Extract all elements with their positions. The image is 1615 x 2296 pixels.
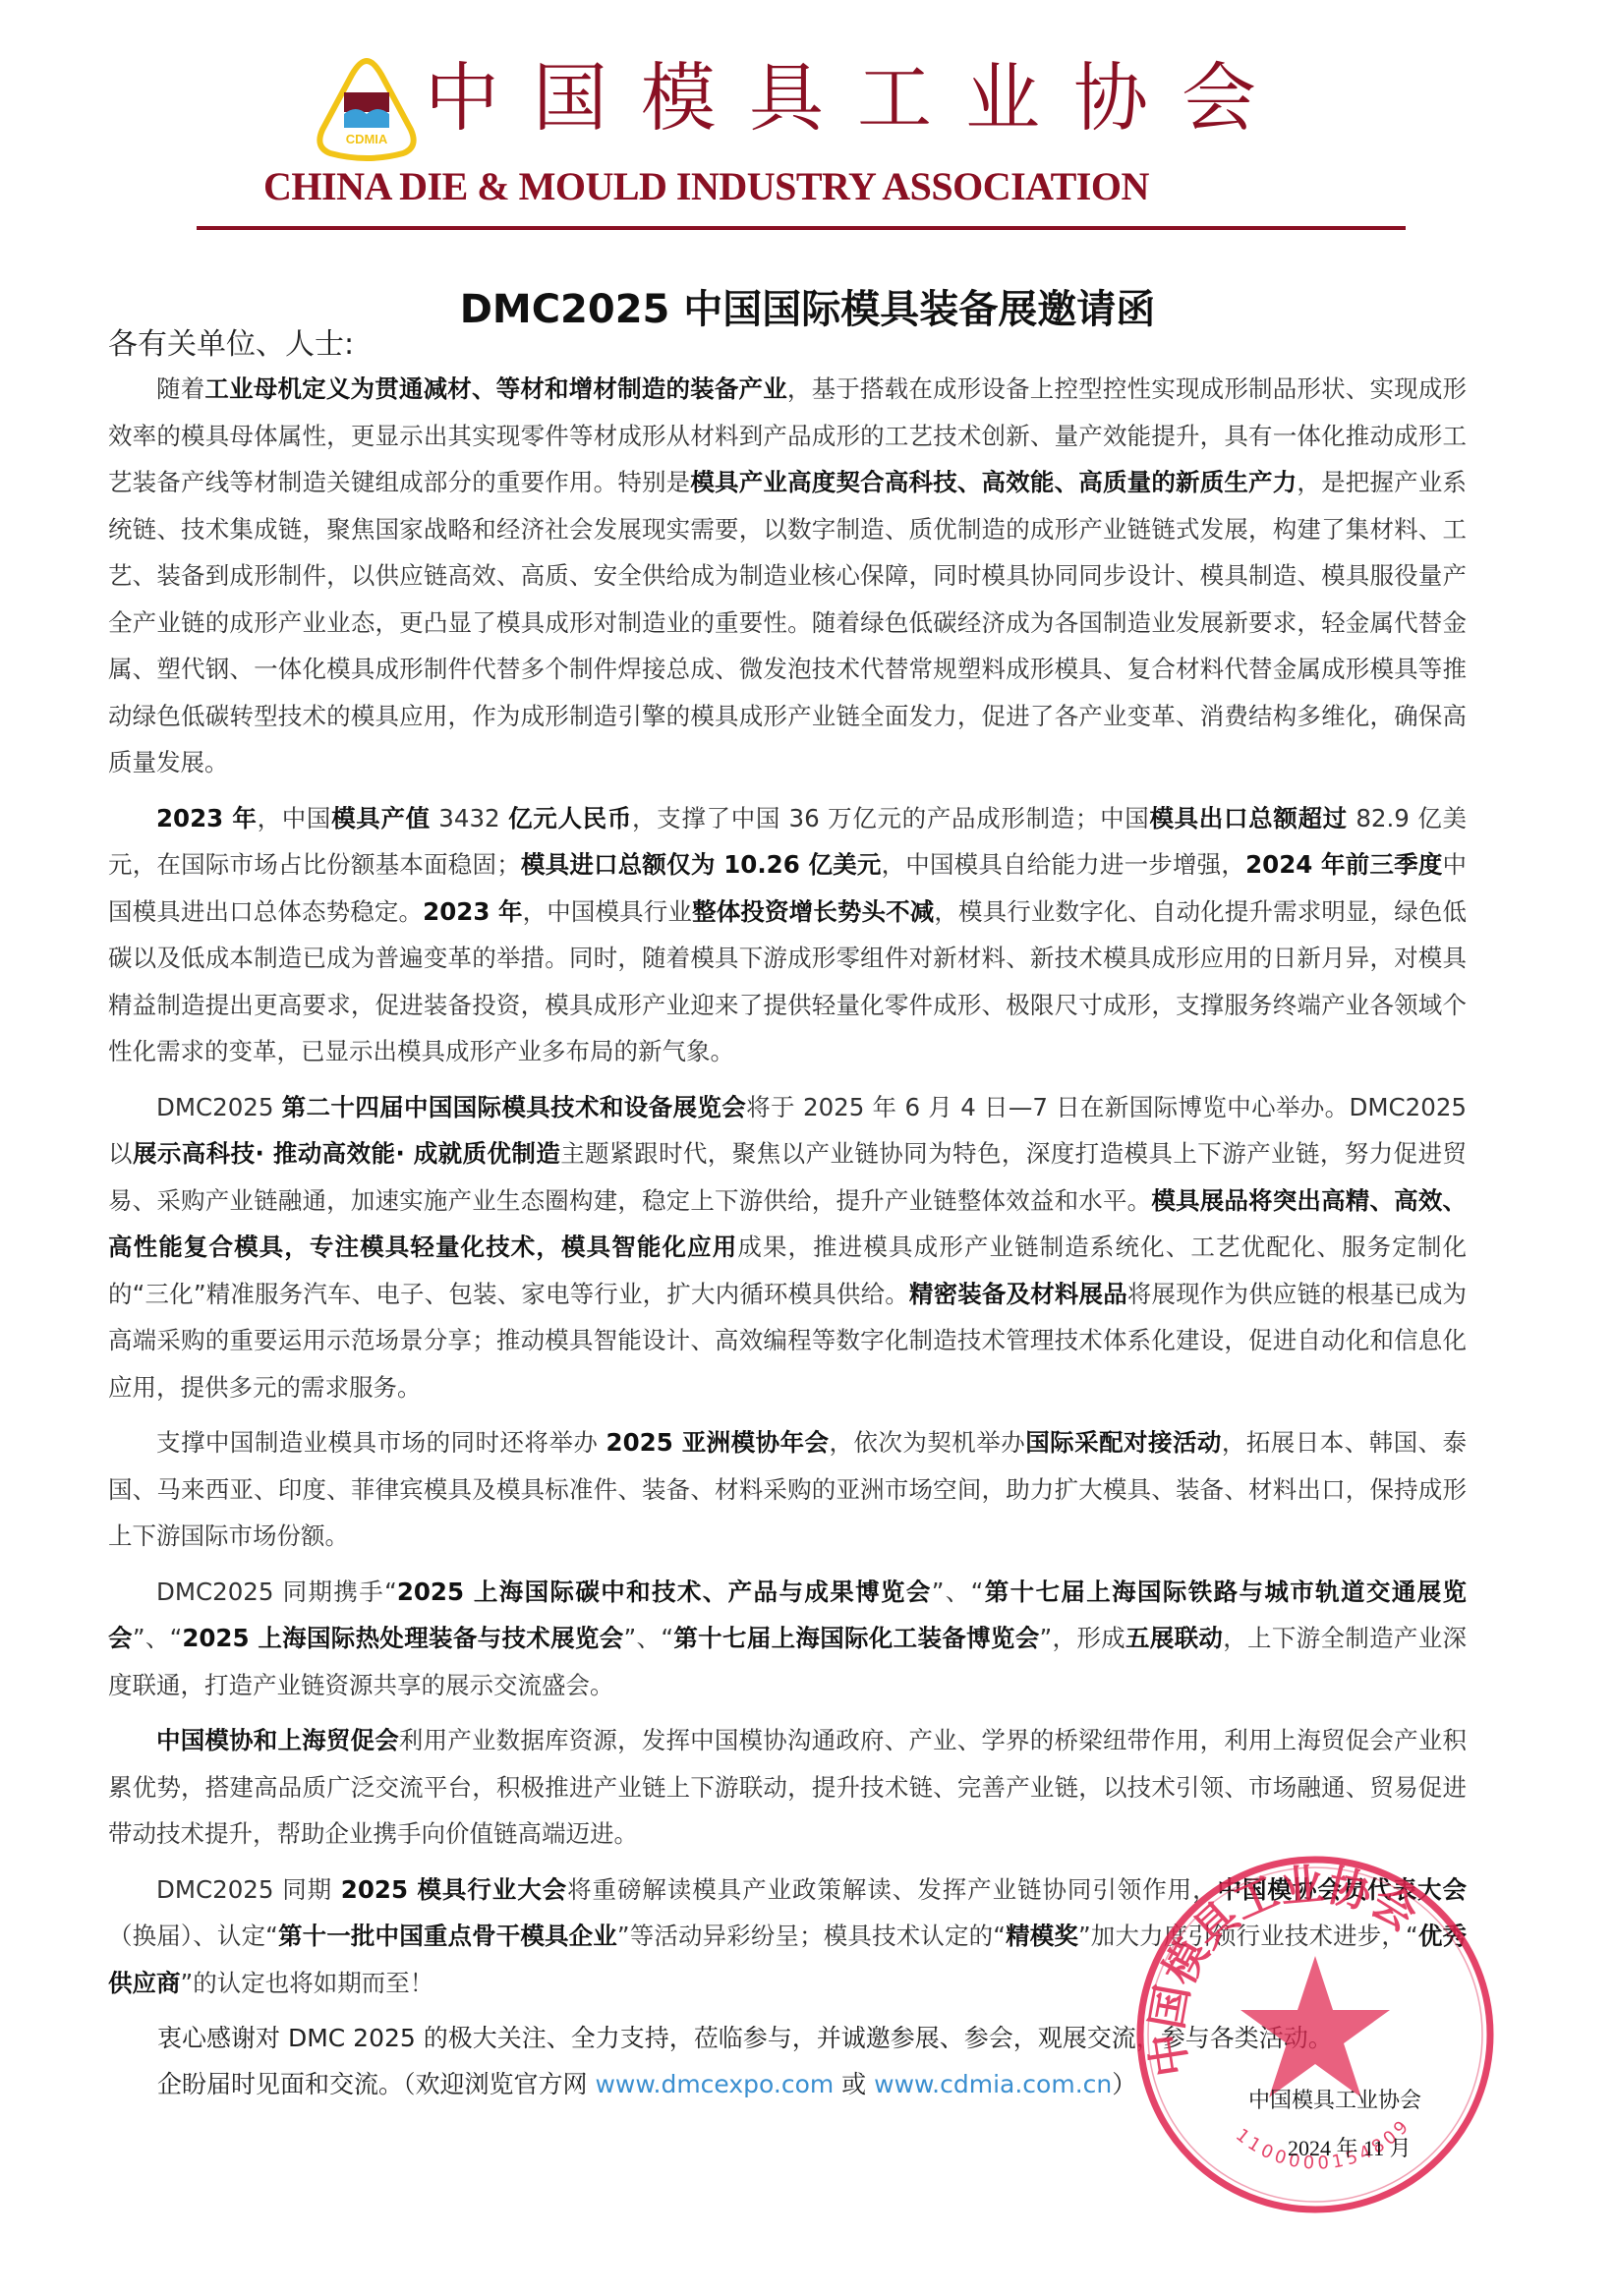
link-dmcexpo[interactable]: www.dmcexpo.com: [595, 2070, 834, 2098]
emphasized-text: 精模奖: [1006, 1922, 1078, 1950]
text-run: ”加大力度引领行业技术进步，“: [1078, 1922, 1418, 1950]
paragraph: DMC2025 同期携手“2025 上海国际碳中和技术、产品与成果博览会”、“第…: [108, 1569, 1467, 1709]
org-name-chinese: 中国模具工业协会: [425, 61, 1290, 136]
text-run: ”的认定也将如期而至！: [181, 1969, 434, 1997]
invite-suffix: ）: [1112, 2070, 1136, 2098]
text-run: ”，形成: [1040, 1624, 1125, 1652]
paragraph: 中国模协和上海贸促会利用产业数据库资源，发挥中国模协沟通政府、产业、学界的桥梁纽…: [108, 1717, 1467, 1858]
invite-or: 或: [834, 2070, 874, 2098]
signature-date: 2024 年 11 月: [1288, 2132, 1421, 2162]
emphasized-text: 2023 年: [156, 804, 258, 832]
paragraph: 支撑中国制造业模具市场的同时还将举办 2025 亚洲模协年会，依次为契机举办国际…: [108, 1419, 1467, 1560]
text-run: ”、“: [624, 1624, 674, 1652]
signature-org: 中国模具工业协会: [1248, 2084, 1421, 2114]
emphasized-text: 第二十四届中国国际模具技术和设备展览会: [282, 1093, 746, 1121]
letterhead: CDMIA 中国模具工业协会 CHINA DIE & MOULD INDUSTR…: [0, 0, 1615, 231]
emphasized-text: 亿元人民币: [508, 804, 632, 832]
emphasized-text: 第十一批中国重点骨干模具企业: [278, 1922, 617, 1950]
emphasized-text: 模具出口总额超过: [1149, 804, 1347, 832]
org-name-english: CHINA DIE & MOULD INDUSTRY ASSOCIATION: [263, 163, 1246, 209]
emphasized-text: 模具产值: [331, 804, 431, 832]
text-run: （换届）、认定“: [108, 1922, 278, 1950]
emphasized-text: 中国模协会员代表大会: [1218, 1875, 1467, 1904]
text-run: ，中国模具行业: [523, 897, 692, 926]
emphasized-text: 精密装备及材料展品: [909, 1280, 1127, 1308]
paragraph: 随着工业母机定义为贯通减材、等材和增材制造的装备产业，基于搭载在成形设备上控型控…: [108, 366, 1467, 786]
link-cdmia[interactable]: www.cdmia.com.cn: [874, 2070, 1112, 2098]
emphasized-text: 展示高科技· 推动高效能· 成就质优制造: [133, 1139, 560, 1168]
header-divider: [197, 226, 1406, 230]
text-run: 随着: [156, 374, 204, 403]
text-run: ，是把握产业系统链、技术集成链，聚焦国家战略和经济社会发展现实需要，以数字制造、…: [108, 468, 1467, 776]
text-run: DMC2025 同期携手“: [156, 1578, 397, 1606]
emphasized-text: 模具进口总额仅为 10.26 亿美元: [521, 850, 882, 879]
paragraph: DMC2025 第二十四届中国国际模具技术和设备展览会将于 2025 年 6 月…: [108, 1084, 1467, 1411]
text-run: ，中国模具自给能力进一步增强，: [882, 850, 1246, 879]
paragraph: 2023 年，中国模具产值 3432 亿元人民币，支撑了中国 36 万亿元的产品…: [108, 795, 1467, 1075]
emphasized-text: 整体投资增长势头不减: [692, 897, 934, 926]
emphasized-text: 中国模协和上海贸促会: [156, 1726, 399, 1754]
salutation: 各有关单位、人士:: [108, 319, 354, 363]
text-run: ”、“: [133, 1624, 183, 1652]
letter-body: 随着工业母机定义为贯通减材、等材和增材制造的装备产业，基于搭载在成形设备上控型控…: [108, 366, 1467, 2107]
invite-prefix: 企盼届时见面和交流。（欢迎浏览官方网: [157, 2070, 595, 2098]
text-run: DMC2025: [156, 1093, 282, 1121]
text-run: ，支撑了中国 36 万亿元的产品成形制造；中国: [632, 804, 1149, 832]
emphasized-text: 模具产业高度契合高科技、高效能、高质量的新质生产力: [690, 468, 1297, 496]
emphasized-text: 第十七届上海国际化工装备博览会: [673, 1624, 1039, 1652]
text-run: 将重磅解读模具产业政策解读、发挥产业链协同引领作用，: [567, 1875, 1217, 1904]
text-run: ，中国: [258, 804, 332, 832]
paragraph: DMC2025 同期 2025 模具行业大会将重磅解读模具产业政策解读、发挥产业…: [108, 1866, 1467, 2007]
emphasized-text: 2024 年前三季度: [1245, 850, 1442, 879]
text-run: 支撑中国制造业模具市场的同时还将举办: [156, 1428, 606, 1457]
emphasized-text: 2023 年: [423, 897, 522, 926]
text-run: ”等活动异彩纷呈；模具技术认定的“: [617, 1922, 1006, 1950]
text-run: DMC2025 同期: [156, 1875, 341, 1904]
cdmia-logo-icon: CDMIA: [313, 57, 421, 163]
emphasized-text: 2025 亚洲模协年会: [606, 1428, 830, 1457]
signature-block: 中国模具工业协会 2024 年 11 月: [1248, 2084, 1421, 2162]
svg-text:CDMIA: CDMIA: [346, 132, 388, 146]
thanks-line: 衷心感谢对 DMC 2025 的极大关注、全力支持，莅临参与，并诚邀参展、参会，…: [108, 2015, 1467, 2061]
emphasized-text: 工业母机定义为贯通减材、等材和增材制造的装备产业: [204, 374, 787, 403]
emphasized-text: 2025 上海国际碳中和技术、产品与成果博览会: [397, 1578, 932, 1606]
text-run: 3432: [431, 804, 508, 832]
text-run: ”、“: [932, 1578, 984, 1606]
emphasized-text: 国际采配对接活动: [1025, 1428, 1222, 1457]
text-run: ，依次为契机举办: [830, 1428, 1026, 1457]
emphasized-text: 2025 模具行业大会: [341, 1875, 567, 1904]
emphasized-text: 2025 上海国际热处理装备与技术展览会: [182, 1624, 623, 1652]
emphasized-text: 五展联动: [1125, 1624, 1223, 1652]
paragraph-list: 随着工业母机定义为贯通减材、等材和增材制造的装备产业，基于搭载在成形设备上控型控…: [108, 366, 1467, 2006]
